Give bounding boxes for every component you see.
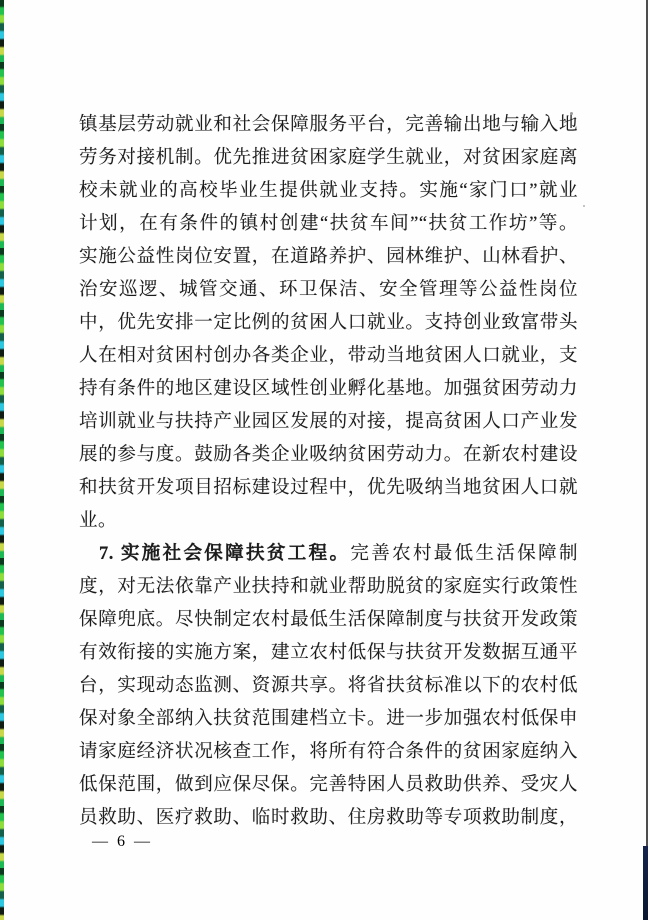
text-line: 低保范围，做到应保尽保。完善特困人员救助供养、受灾人 (79, 769, 578, 802)
scan-edge-artifact-left (0, 0, 4, 920)
text-line: 中，优先安排一定比例的贫困人口就业。支持创业致富带头 (79, 307, 578, 340)
text-line: 员救助、医疗救助、临时救助、住房救助等专项救助制度， (79, 802, 578, 835)
text-line: 培训就业与扶持产业园区发展的对接，提高贫困人口产业发 (79, 406, 578, 439)
page-number-value: 6 (117, 833, 125, 851)
text-line: 保障兜底。尽快制定农村最低生活保障制度与扶贫开发政策 (79, 604, 578, 637)
page-number: — 6 — (92, 833, 150, 851)
scan-edge-artifact-right (646, 0, 648, 920)
page-number-left-dash: — (92, 833, 108, 851)
text-line: 治安巡逻、城管交通、环卫保洁、安全管理等公益性岗位 (79, 274, 578, 307)
scan-edge-artifact-bottom-right (643, 846, 648, 920)
text-line: 实施公益性岗位安置，在道路养护、园林维护、山林看护、 (79, 241, 578, 274)
document-body: 镇基层劳动就业和社会保障服务平台，完善输出地与输入地劳务对接机制。优先推进贫困家… (79, 109, 578, 835)
text-line: 计划，在有条件的镇村创建“扶贫车间”“扶贫工作坊”等。 (79, 208, 578, 241)
scan-speck (490, 214, 492, 216)
text-line: 请家庭经济状况核查工作，将所有符合条件的贫困家庭纳入 (79, 736, 578, 769)
text-line: 7. 实施社会保障扶贫工程。完善农村最低生活保障制 (79, 538, 578, 571)
text-line: 台，实现动态监测、资源共享。将省扶贫标准以下的农村低 (79, 670, 578, 703)
text-line: 持有条件的地区建设区域性创业孵化基地。加强贫困劳动力 (79, 373, 578, 406)
text-line: 业。 (79, 505, 578, 538)
text-line: 镇基层劳动就业和社会保障服务平台，完善输出地与输入地 (79, 109, 578, 142)
page-number-right-dash: — (134, 833, 150, 851)
text-line: 度，对无法依靠产业扶持和就业帮助脱贫的家庭实行政策性 (79, 571, 578, 604)
text-line: 劳务对接机制。优先推进贫困家庭学生就业，对贫困家庭离 (79, 142, 578, 175)
scan-speck (583, 205, 585, 207)
text-line: 人在相对贫困村创办各类企业，带动当地贫困人口就业，支 (79, 340, 578, 373)
text-line: 有效衔接的实施方案，建立农村低保与扶贫开发数据互通平 (79, 637, 578, 670)
text-line: 和扶贫开发项目招标建设过程中，优先吸纳当地贫困人口就 (79, 472, 578, 505)
scan-speck (570, 112, 573, 115)
paragraph-heading: 7. 实施社会保障扶贫工程。 (99, 544, 350, 564)
text-line: 保对象全部纳入扶贫范围建档立卡。进一步加强农村低保申 (79, 703, 578, 736)
text-line: 展的参与度。鼓励各类企业吸纳贫困劳动力。在新农村建设 (79, 439, 578, 472)
text-line: 校未就业的高校毕业生提供就业支持。实施“家门口”就业 (79, 175, 578, 208)
document-page: 镇基层劳动就业和社会保障服务平台，完善输出地与输入地劳务对接机制。优先推进贫困家… (0, 0, 650, 920)
